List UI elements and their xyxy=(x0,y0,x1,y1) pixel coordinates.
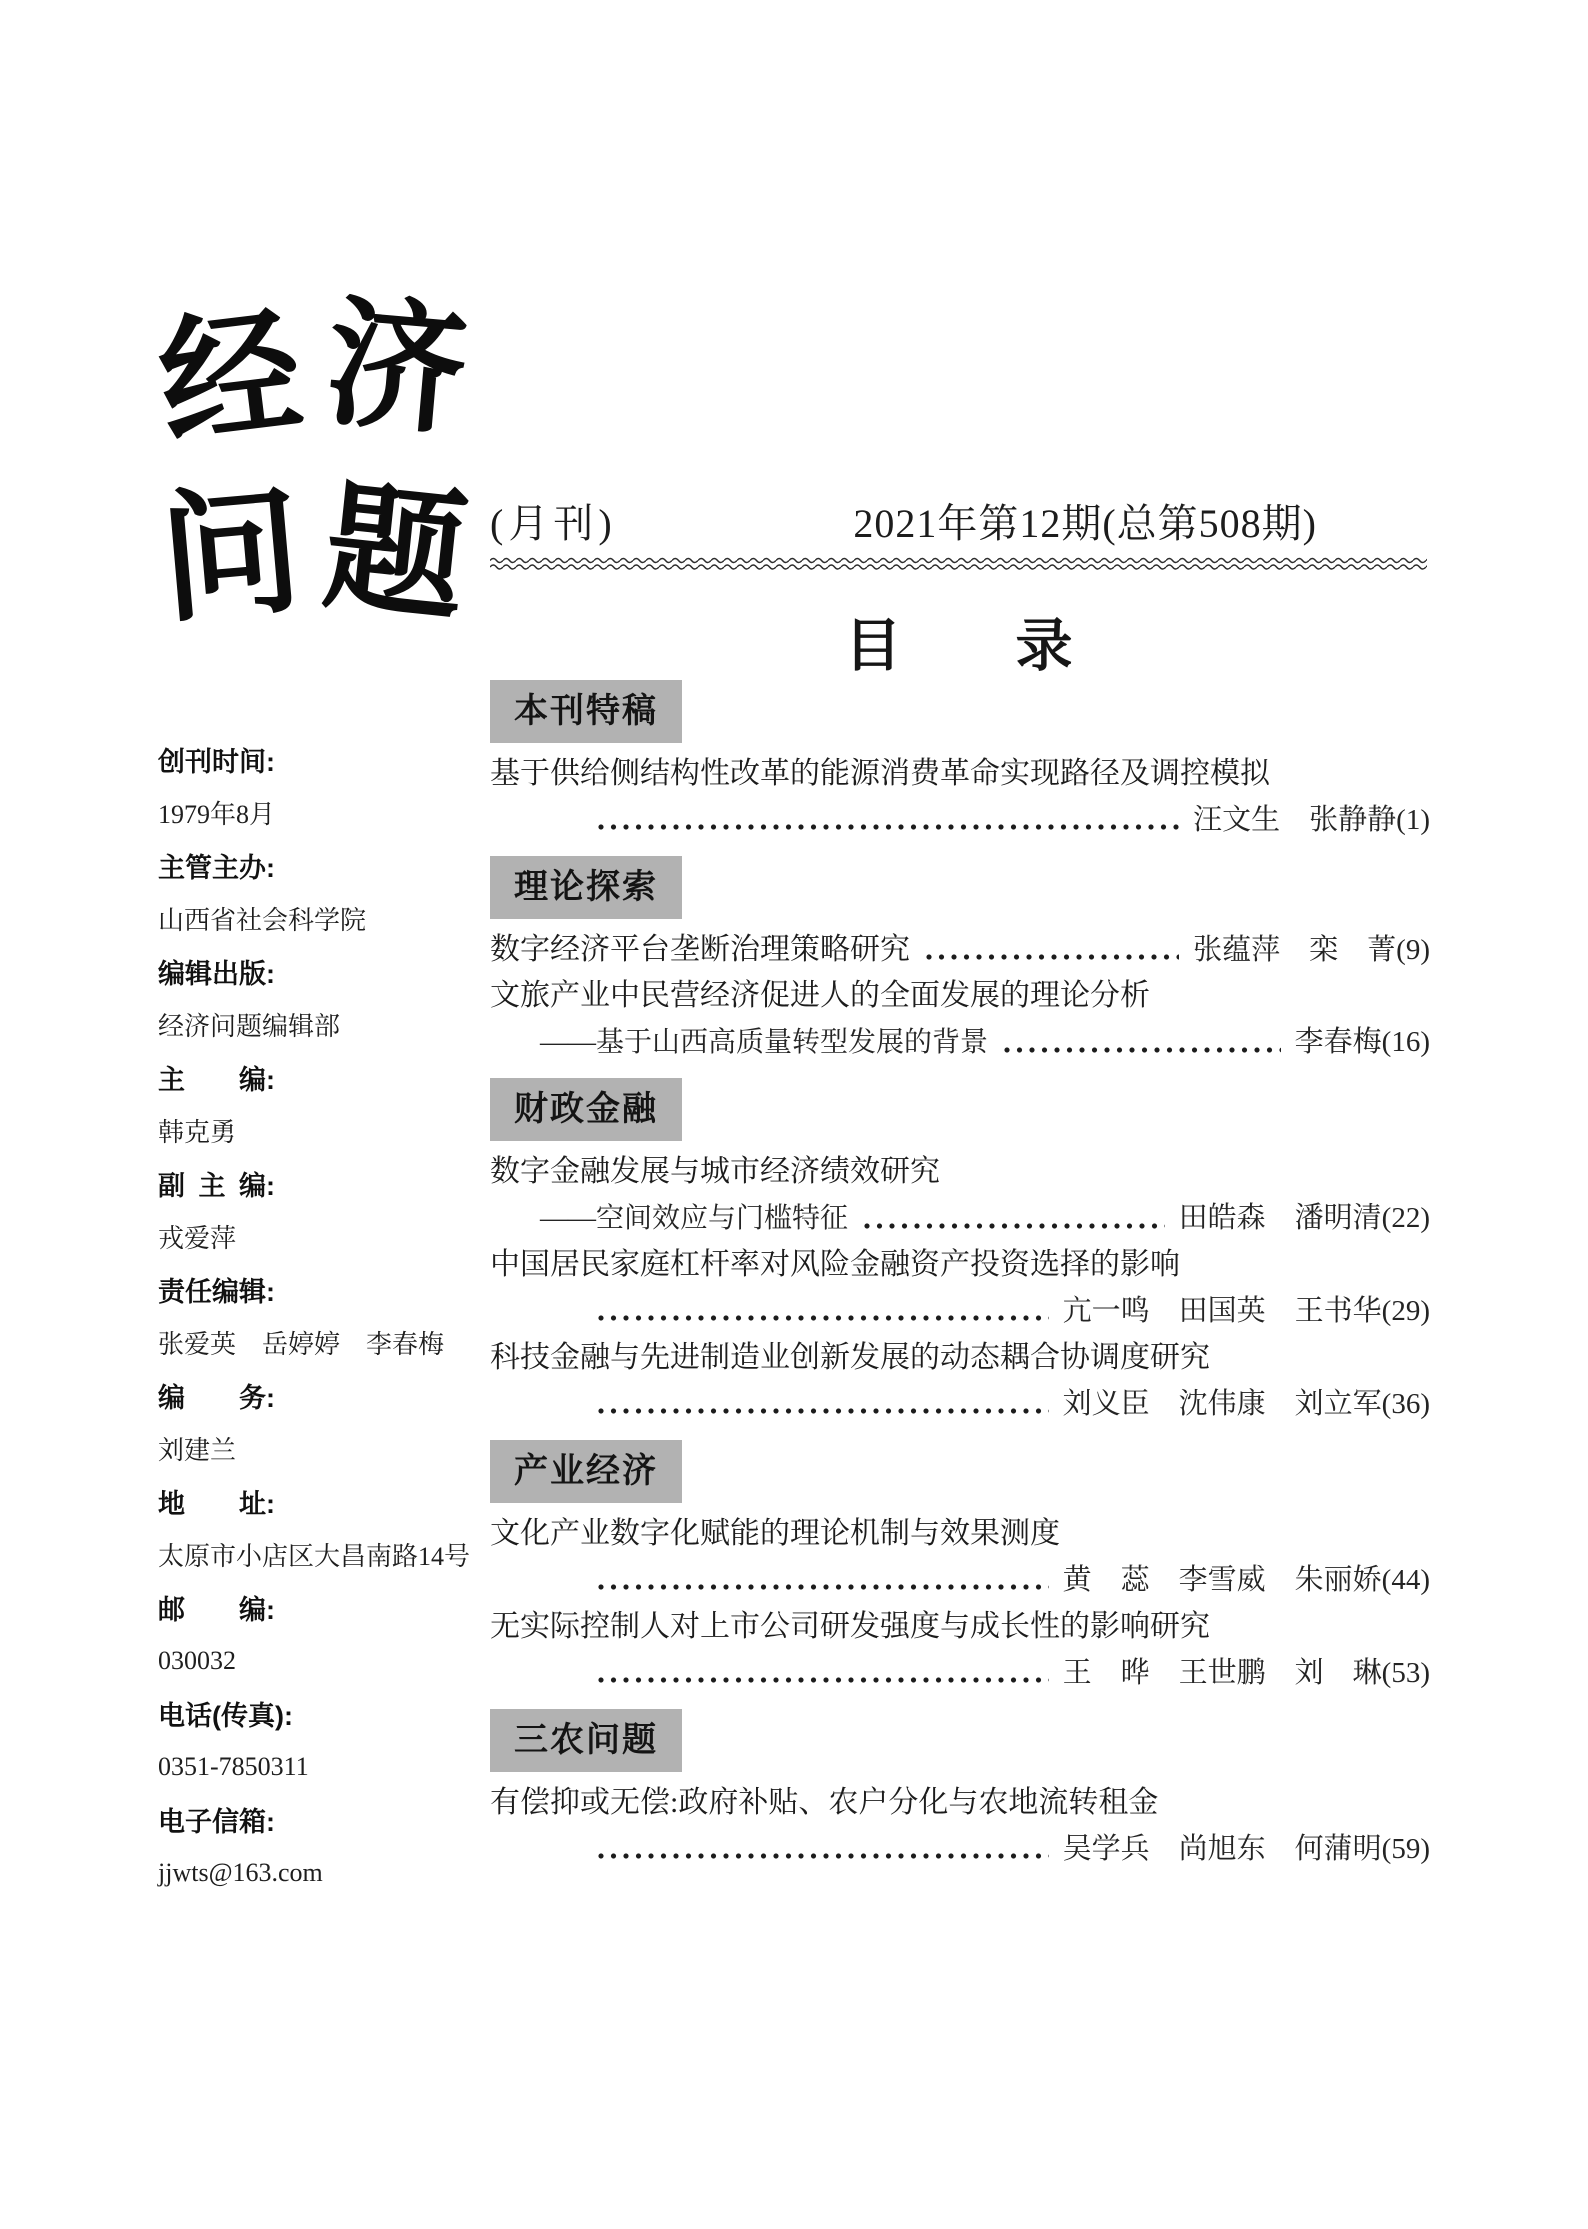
article-authors-row: 黄 蕊 李雪威 朱丽娇(44) xyxy=(490,1561,1430,1599)
sidebar-row: 030032 xyxy=(158,1634,493,1687)
sidebar-row: 编 务: xyxy=(158,1369,493,1422)
toc-section: 理论探索数字经济平台垄断治理策略研究张蕴萍 栾 菁(9)文旅产业中民营经济促进人… xyxy=(490,848,1430,1062)
article-authors-row: 亢一鸣 田国英 王书华(29) xyxy=(490,1292,1430,1330)
sidebar-row: 主管主办: xyxy=(158,839,493,892)
sidebar-row: 张爱英 岳婷婷 李春梅 xyxy=(158,1316,493,1369)
section-header: 产业经济 xyxy=(490,1440,682,1503)
sidebar-row: 责任编辑: xyxy=(158,1263,493,1316)
sidebar-label: 编辑出版: xyxy=(158,952,275,991)
article-authors: 张蕴萍 栾 菁(9) xyxy=(1193,931,1430,969)
article-authors: 黄 蕊 李雪威 朱丽娇(44) xyxy=(1063,1561,1430,1599)
sidebar-row: 电话(传真): xyxy=(158,1687,493,1740)
frequency-label: (月刊) xyxy=(490,492,617,549)
article-title: 无实际控制人对上市公司研发强度与成长性的影响研究 xyxy=(490,1608,1210,1646)
article-title: 中国居民家庭杠杆率对风险金融资产投资选择的影响 xyxy=(490,1246,1180,1284)
sidebar-row: 太原市小店区大昌南路14号 xyxy=(158,1528,493,1581)
sidebar-label: 编 务: xyxy=(158,1376,275,1415)
masthead-row: (月刊) 2021年第12期(总第508期) xyxy=(490,492,1427,549)
dot-leader xyxy=(598,1315,1049,1321)
sidebar-row: 邮 编: xyxy=(158,1581,493,1634)
article-title-row: 文化产业数字化赋能的理论机制与效果测度 xyxy=(490,1515,1430,1553)
dot-leader xyxy=(598,1584,1049,1590)
logo-char: 经 xyxy=(138,283,323,474)
journal-logo: 经济问题 xyxy=(148,292,478,637)
sidebar-label: 邮 编: xyxy=(158,1588,275,1627)
logo-char: 济 xyxy=(307,275,486,461)
toc-title: 目 录 xyxy=(490,600,1427,682)
journal-toc-page: 经济问题 (月刊) 2021年第12期(总第508期) 目 录 本刊特稿基于供给… xyxy=(0,0,1588,2229)
sidebar-value: 030032 xyxy=(158,1646,236,1676)
sidebar-value: 韩克勇 xyxy=(158,1112,236,1149)
toc-section: 产业经济文化产业数字化赋能的理论机制与效果测度黄 蕊 李雪威 朱丽娇(44)无实… xyxy=(490,1432,1430,1692)
section-header: 本刊特稿 xyxy=(490,680,682,743)
dot-leader xyxy=(864,1223,1165,1229)
section-header: 理论探索 xyxy=(490,856,682,919)
article-authors: 田皓森 潘明清(22) xyxy=(1179,1199,1430,1237)
toc-section: 本刊特稿基于供给侧结构性改革的能源消费革命实现路径及调控模拟汪文生 张静静(1) xyxy=(490,680,1430,839)
section-header: 财政金融 xyxy=(490,1078,682,1141)
article-subtitle: ——基于山西高质量转型发展的背景 xyxy=(540,1024,988,1062)
sidebar-label: 主 编: xyxy=(158,1058,275,1097)
sidebar-row: 1979年8月 xyxy=(158,786,493,839)
issue-label: 2021年第12期(总第508期) xyxy=(853,492,1427,549)
sidebar-row: 韩克勇 xyxy=(158,1104,493,1157)
logo-char: 题 xyxy=(304,458,486,647)
sidebar-value: 山西省社会科学院 xyxy=(158,900,366,937)
article-subtitle-row: ——基于山西高质量转型发展的背景李春梅(16) xyxy=(490,1023,1430,1062)
article-title-row: 文旅产业中民营经济促进人的全面发展的理论分析 xyxy=(490,977,1430,1015)
section-header: 三农问题 xyxy=(490,1709,682,1772)
article-authors-row: 汪文生 张静静(1) xyxy=(490,801,1430,839)
wavy-divider xyxy=(490,556,1427,572)
article-title: 文化产业数字化赋能的理论机制与效果测度 xyxy=(490,1515,1060,1553)
sidebar-value: jjwts@163.com xyxy=(158,1858,323,1888)
sidebar-label: 电子信箱: xyxy=(158,1800,275,1839)
article-title-row: 中国居民家庭杠杆率对风险金融资产投资选择的影响 xyxy=(490,1246,1430,1284)
sidebar-value: 刘建兰 xyxy=(158,1430,236,1467)
masthead-sidebar: 创刊时间:1979年8月主管主办:山西省社会科学院编辑出版:经济问题编辑部主 编… xyxy=(158,733,493,1899)
sidebar-label: 地 址: xyxy=(158,1482,275,1521)
article-authors: 吴学兵 尚旭东 何蒲明(59) xyxy=(1063,1830,1430,1868)
toc-list: 本刊特稿基于供给侧结构性改革的能源消费革命实现路径及调控模拟汪文生 张静静(1)… xyxy=(490,680,1430,1877)
dot-leader xyxy=(598,1408,1049,1414)
article-title-row: 数字经济平台垄断治理策略研究张蕴萍 栾 菁(9) xyxy=(490,931,1430,969)
article-authors-row: 吴学兵 尚旭东 何蒲明(59) xyxy=(490,1830,1430,1868)
sidebar-row: 编辑出版: xyxy=(158,945,493,998)
article-subtitle-row: ——空间效应与门槛特征田皓森 潘明清(22) xyxy=(490,1199,1430,1238)
toc-section: 三农问题有偿抑或无偿:政府补贴、农户分化与农地流转租金吴学兵 尚旭东 何蒲明(5… xyxy=(490,1701,1430,1868)
article-authors: 刘义臣 沈伟康 刘立军(36) xyxy=(1063,1385,1430,1423)
sidebar-row: 戎爱萍 xyxy=(158,1210,493,1263)
article-title-row: 有偿抑或无偿:政府补贴、农户分化与农地流转租金 xyxy=(490,1784,1430,1822)
sidebar-row: jjwts@163.com xyxy=(158,1846,493,1899)
sidebar-row: 主 编: xyxy=(158,1051,493,1104)
sidebar-row: 副 主 编: xyxy=(158,1157,493,1210)
article-authors-row: 王 晔 王世鹏 刘 琳(53) xyxy=(490,1654,1430,1692)
sidebar-value: 张爱英 岳婷婷 李春梅 xyxy=(158,1324,444,1361)
sidebar-row: 电子信箱: xyxy=(158,1793,493,1846)
sidebar-row: 山西省社会科学院 xyxy=(158,892,493,945)
article-authors-row: 刘义臣 沈伟康 刘立军(36) xyxy=(490,1385,1430,1423)
sidebar-label: 责任编辑: xyxy=(158,1270,275,1309)
sidebar-label: 创刊时间: xyxy=(158,740,275,779)
article-authors: 亢一鸣 田国英 王书华(29) xyxy=(1063,1292,1430,1330)
article-authors: 汪文生 张静静(1) xyxy=(1193,801,1430,839)
sidebar-row: 0351-7850311 xyxy=(158,1740,493,1793)
sidebar-row: 刘建兰 xyxy=(158,1422,493,1475)
article-title: 基于供给侧结构性改革的能源消费革命实现路径及调控模拟 xyxy=(490,755,1270,793)
dot-leader xyxy=(1004,1047,1281,1053)
article-title-row: 无实际控制人对上市公司研发强度与成长性的影响研究 xyxy=(490,1608,1430,1646)
dot-leader xyxy=(926,954,1179,960)
sidebar-value: 经济问题编辑部 xyxy=(158,1006,340,1043)
dot-leader xyxy=(598,1677,1049,1683)
article-title: 数字金融发展与城市经济绩效研究 xyxy=(490,1153,940,1191)
sidebar-label: 副 主 编: xyxy=(158,1164,275,1203)
toc-section: 财政金融数字金融发展与城市经济绩效研究——空间效应与门槛特征田皓森 潘明清(22… xyxy=(490,1070,1430,1423)
sidebar-row: 经济问题编辑部 xyxy=(158,998,493,1051)
article-title: 文旅产业中民营经济促进人的全面发展的理论分析 xyxy=(490,977,1150,1015)
logo-char: 问 xyxy=(141,462,320,648)
article-title-row: 科技金融与先进制造业创新发展的动态耦合协调度研究 xyxy=(490,1339,1430,1377)
sidebar-value: 戎爱萍 xyxy=(158,1218,236,1255)
article-title: 科技金融与先进制造业创新发展的动态耦合协调度研究 xyxy=(490,1339,1210,1377)
article-title-row: 基于供给侧结构性改革的能源消费革命实现路径及调控模拟 xyxy=(490,755,1430,793)
article-subtitle: ——空间效应与门槛特征 xyxy=(540,1200,848,1238)
sidebar-row: 创刊时间: xyxy=(158,733,493,786)
sidebar-label: 主管主办: xyxy=(158,846,275,885)
sidebar-value: 0351-7850311 xyxy=(158,1752,309,1782)
sidebar-row: 地 址: xyxy=(158,1475,493,1528)
sidebar-label: 电话(传真): xyxy=(158,1694,293,1733)
sidebar-value: 1979年8月 xyxy=(158,794,275,831)
sidebar-value: 太原市小店区大昌南路14号 xyxy=(158,1536,470,1573)
article-title: 有偿抑或无偿:政府补贴、农户分化与农地流转租金 xyxy=(490,1784,1158,1822)
article-authors: 李春梅(16) xyxy=(1295,1023,1430,1061)
dot-leader xyxy=(598,824,1179,830)
article-authors: 王 晔 王世鹏 刘 琳(53) xyxy=(1063,1654,1430,1692)
article-title-row: 数字金融发展与城市经济绩效研究 xyxy=(490,1153,1430,1191)
dot-leader xyxy=(598,1853,1049,1859)
article-title: 数字经济平台垄断治理策略研究 xyxy=(490,931,910,969)
